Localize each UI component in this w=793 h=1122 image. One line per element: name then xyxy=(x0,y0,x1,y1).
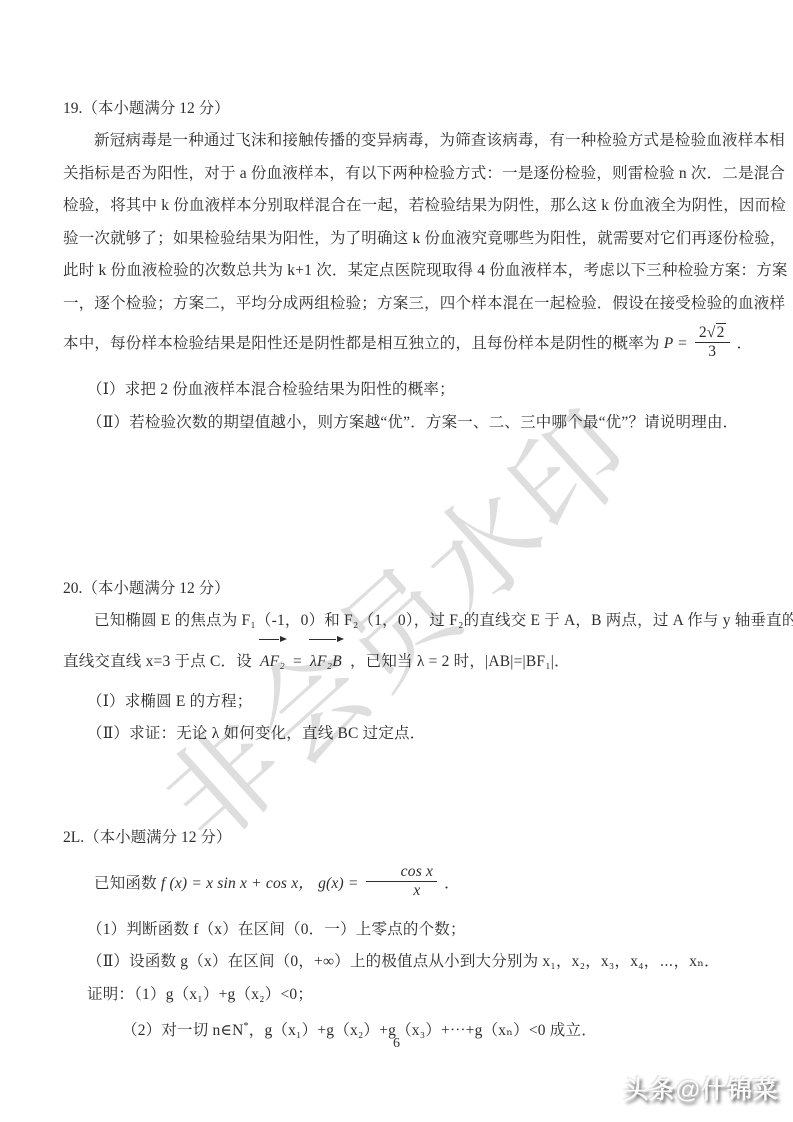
q19-para-line: 验一次就够了；如果检验结果为阳性，为了明确这 k 份血液究竟哪些为阳性，就需要对… xyxy=(63,223,743,256)
sentence-period: ． xyxy=(444,875,460,892)
prob-lhs: P = xyxy=(664,335,688,352)
q20-part1: （Ⅰ）求椭圆 E 的方程； xyxy=(63,686,743,719)
q21-part2: （Ⅱ）设函数 g（x）在区间（0，+∞）上的极值点从小到大分别为 x₁，x₂，x… xyxy=(63,946,743,979)
probability-fraction: 2√2 3 xyxy=(695,325,730,361)
g-formula-lhs: g(x) = xyxy=(318,875,359,892)
numerator-int: 2 xyxy=(699,324,707,341)
page-number: 6 xyxy=(0,1036,793,1052)
vector-lambdaF2B: λF₂B xyxy=(309,642,343,682)
fraction-denominator: 3 xyxy=(695,343,730,360)
page-content: 19.（本小题满分 12 分） 新冠病毒是一种通过飞沫和接触传播的变异病毒，为筛… xyxy=(63,0,743,1048)
q19-title: 19.（本小题满分 12 分） xyxy=(63,92,743,125)
question-19: 19.（本小题满分 12 分） 新冠病毒是一种通过飞沫和接触传播的变异病毒，为筛… xyxy=(63,92,743,439)
q19-probability-line: 本中，每份样本检验结果是阳性还是阴性都是相互独立的，且每份样本是阴性的概率为 P… xyxy=(63,320,743,368)
footer-credit: 头条@什锦菜 xyxy=(624,1070,779,1106)
q20-line1: 已知椭圆 E 的焦点为 F₁（-1，0）和 F₂（1，0），过 F₂的直线交 E… xyxy=(63,605,743,638)
sentence-period: ． xyxy=(737,335,753,352)
equals-sign: = xyxy=(293,653,302,670)
q20-line2-prefix: 直线交直线 x=3 于点 C．设 xyxy=(63,653,252,670)
q21-intro-text: 已知函数 xyxy=(94,875,157,892)
q20-line2-suffix: ，已知当 λ = 2 时，|AB|=|BF₁|． xyxy=(350,653,570,670)
fraction-numerator: 2√2 xyxy=(695,325,730,343)
q19-para-line: 此时 k 份血液检验的次数总共为 k+1 次．某定点医院现取得 4 份血液样本，… xyxy=(63,255,743,288)
q19-prob-text: 本中，每份样本检验结果是阳性还是阴性都是相互独立的，且每份样本是阴性的概率为 xyxy=(63,335,660,352)
q19-part1: （Ⅰ）求把 2 份血液样本混合检验结果为阳性的概率； xyxy=(63,374,743,407)
q20-vector-line: 直线交直线 x=3 于点 C．设 AF₂ = λF₂B ，已知当 λ = 2 时… xyxy=(63,638,743,682)
q21-part1: （1）判断函数 f（x）在区间（0．一）上零点的个数； xyxy=(63,914,743,947)
q19-para-line: 一，逐个检验；方案二，平均分成两组检验；方案三，四个样本混在一起检验．假设在接受… xyxy=(63,288,743,321)
q20-part2: （Ⅱ）求证：无论 λ 如何变化，直线 BC 过定点． xyxy=(63,718,743,751)
g-fraction-numerator: cos x xyxy=(366,864,437,882)
q19-part2: （Ⅱ）若检验次数的期望值越小，则方案越“优”．方案一、二、三中哪个最“优”？请说… xyxy=(63,407,743,440)
vector-AF2: AF₂ xyxy=(259,642,286,682)
q21-proof1: 证明：（1）g（x₁）+g（x₂）<0； xyxy=(63,979,743,1012)
sqrt-radicand: 2 xyxy=(716,323,726,341)
q19-para-line: 新冠病毒是一种通过飞沫和接触传播的变异病毒，为筛查该病毒，有一种检验方式是检验血… xyxy=(63,125,743,158)
q20-title: 20.（本小题满分 12 分） xyxy=(63,572,743,605)
f-formula: f (x) = x sin x + cos x， xyxy=(161,875,314,892)
q21-title: 2L.（本小题满分 12 分） xyxy=(63,821,743,854)
exam-page: 非会员水印 19.（本小题满分 12 分） 新冠病毒是一种通过飞沫和接触传播的变… xyxy=(0,0,793,1122)
g-fraction-denominator: x xyxy=(366,882,437,899)
g-fraction: cos x x xyxy=(366,864,437,900)
q21-function-line: 已知函数 f (x) = x sin x + cos x， g(x) = cos… xyxy=(63,860,743,908)
q19-para-line: 检验，将其中 k 份血液样本分别取样混合在一起，若检验结果为阴性，那么这 k 份… xyxy=(63,190,743,223)
q19-para-line: 关指标是否为阳性，对于 a 份血液样本，有以下两种检验方式：一是逐份检验，则雷检… xyxy=(63,158,743,191)
question-21: 2L.（本小题满分 12 分） 已知函数 f (x) = x sin x + c… xyxy=(63,821,743,1048)
sqrt-icon: √ xyxy=(707,324,716,341)
question-20: 20.（本小题满分 12 分） 已知椭圆 E 的焦点为 F₁（-1，0）和 F₂… xyxy=(63,572,743,751)
